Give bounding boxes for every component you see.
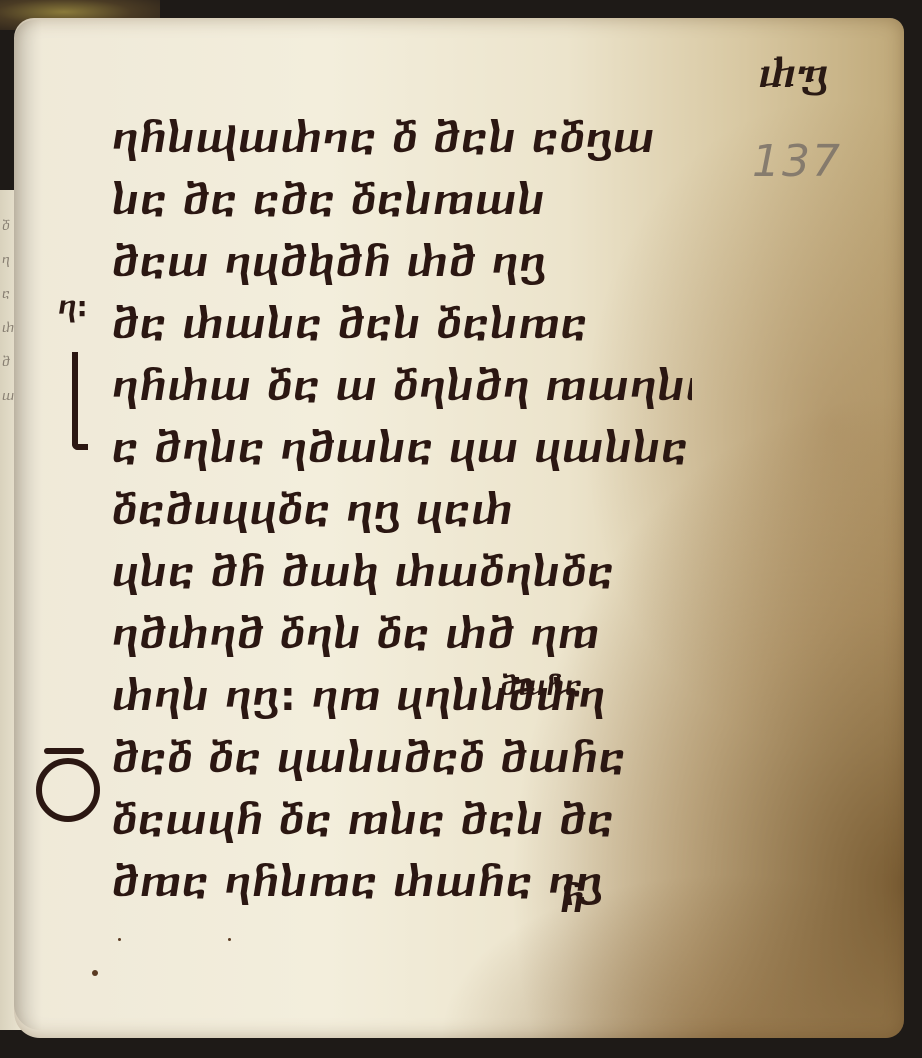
text-line: ⴄⴌⴐⴍ ⴃⴀ ⴍ ⴃⴄⴑⴋⴄ ⴊⴍⴄⴑⴍ (112, 356, 692, 418)
interlinear-insertion: ⴋⴍⴌⴀ (500, 672, 583, 702)
text-line: ⴄⴌⴑⴓⴍⴐⴈⴀ ⴃ ⴋⴀⴑ ⴀⴃⴂⴍ (112, 108, 692, 170)
text-line: ⴄⴋⴐⴄⴋ ⴃⴄⴑ ⴃⴀ ⴐⴋ ⴄⴊ (112, 604, 692, 666)
text-line: ⴃⴀⴋⴎⴗⴗⴃⴀ ⴄⴂ ⴗⴀⴐ (112, 480, 692, 542)
text-line: ⴋⴀⴍ ⴄⴗⴋⴉⴋⴌ ⴐⴋ ⴄⴂ (112, 232, 692, 294)
folio-georgian-numeral: ⴐⴂ (758, 50, 829, 97)
initial-letter-stroke (44, 748, 84, 754)
margin-bracket (72, 352, 88, 450)
ink-spot (118, 938, 121, 941)
ink-spot (228, 938, 231, 941)
text-line: ⴑⴀ ⴋⴀ ⴀⴋⴀ ⴃⴀⴑⴊⴍⴑ (112, 170, 692, 232)
margin-section-marker: ⴄ: (58, 290, 88, 323)
text-line: ⴋⴀ ⴐⴍⴑⴀ ⴋⴀⴑ ⴃⴀⴑⴊⴀ (112, 294, 692, 356)
decorated-initial-letter (36, 758, 100, 822)
folio-pencil-number: 137 (752, 136, 842, 187)
text-line: ⴐⴄⴑ ⴄⴂ: ⴄⴊ ⴗⴄⴑⴑⴋⴐⴄ (112, 666, 692, 728)
text-line: ⴃⴀⴍⴗⴌ ⴃⴀ ⴊⴑⴀ ⴋⴀⴑ ⴋⴀ (112, 790, 692, 852)
text-line: ⴗⴑⴀ ⴋⴌ ⴋⴍⴉ ⴐⴍⴃⴄⴑⴃⴀ (112, 542, 692, 604)
text-line: ⴋⴀⴃ ⴃⴀ ⴗⴍⴑⴎⴋⴀⴃ ⴋⴍⴌⴀ (112, 728, 692, 790)
catchword: ⴌ (560, 880, 584, 921)
manuscript-text-block: ⴄⴌⴑⴓⴍⴐⴈⴀ ⴃ ⴋⴀⴑ ⴀⴃⴂⴍ ⴑⴀ ⴋⴀ ⴀⴋⴀ ⴃⴀⴑⴊⴍⴑ ⴋⴀⴍ… (112, 108, 692, 914)
page-gutter-shadow (14, 20, 42, 1030)
text-line: ⴋⴊⴀ ⴄⴌⴑⴊⴀ ⴐⴍⴌⴀ ⴄⴂ (112, 852, 692, 914)
text-line: ⴀ ⴋⴄⴑⴀ ⴄⴋⴍⴑⴀ ⴗⴍ ⴗⴍⴑⴑⴀ (112, 418, 692, 480)
ink-spot (92, 970, 98, 976)
